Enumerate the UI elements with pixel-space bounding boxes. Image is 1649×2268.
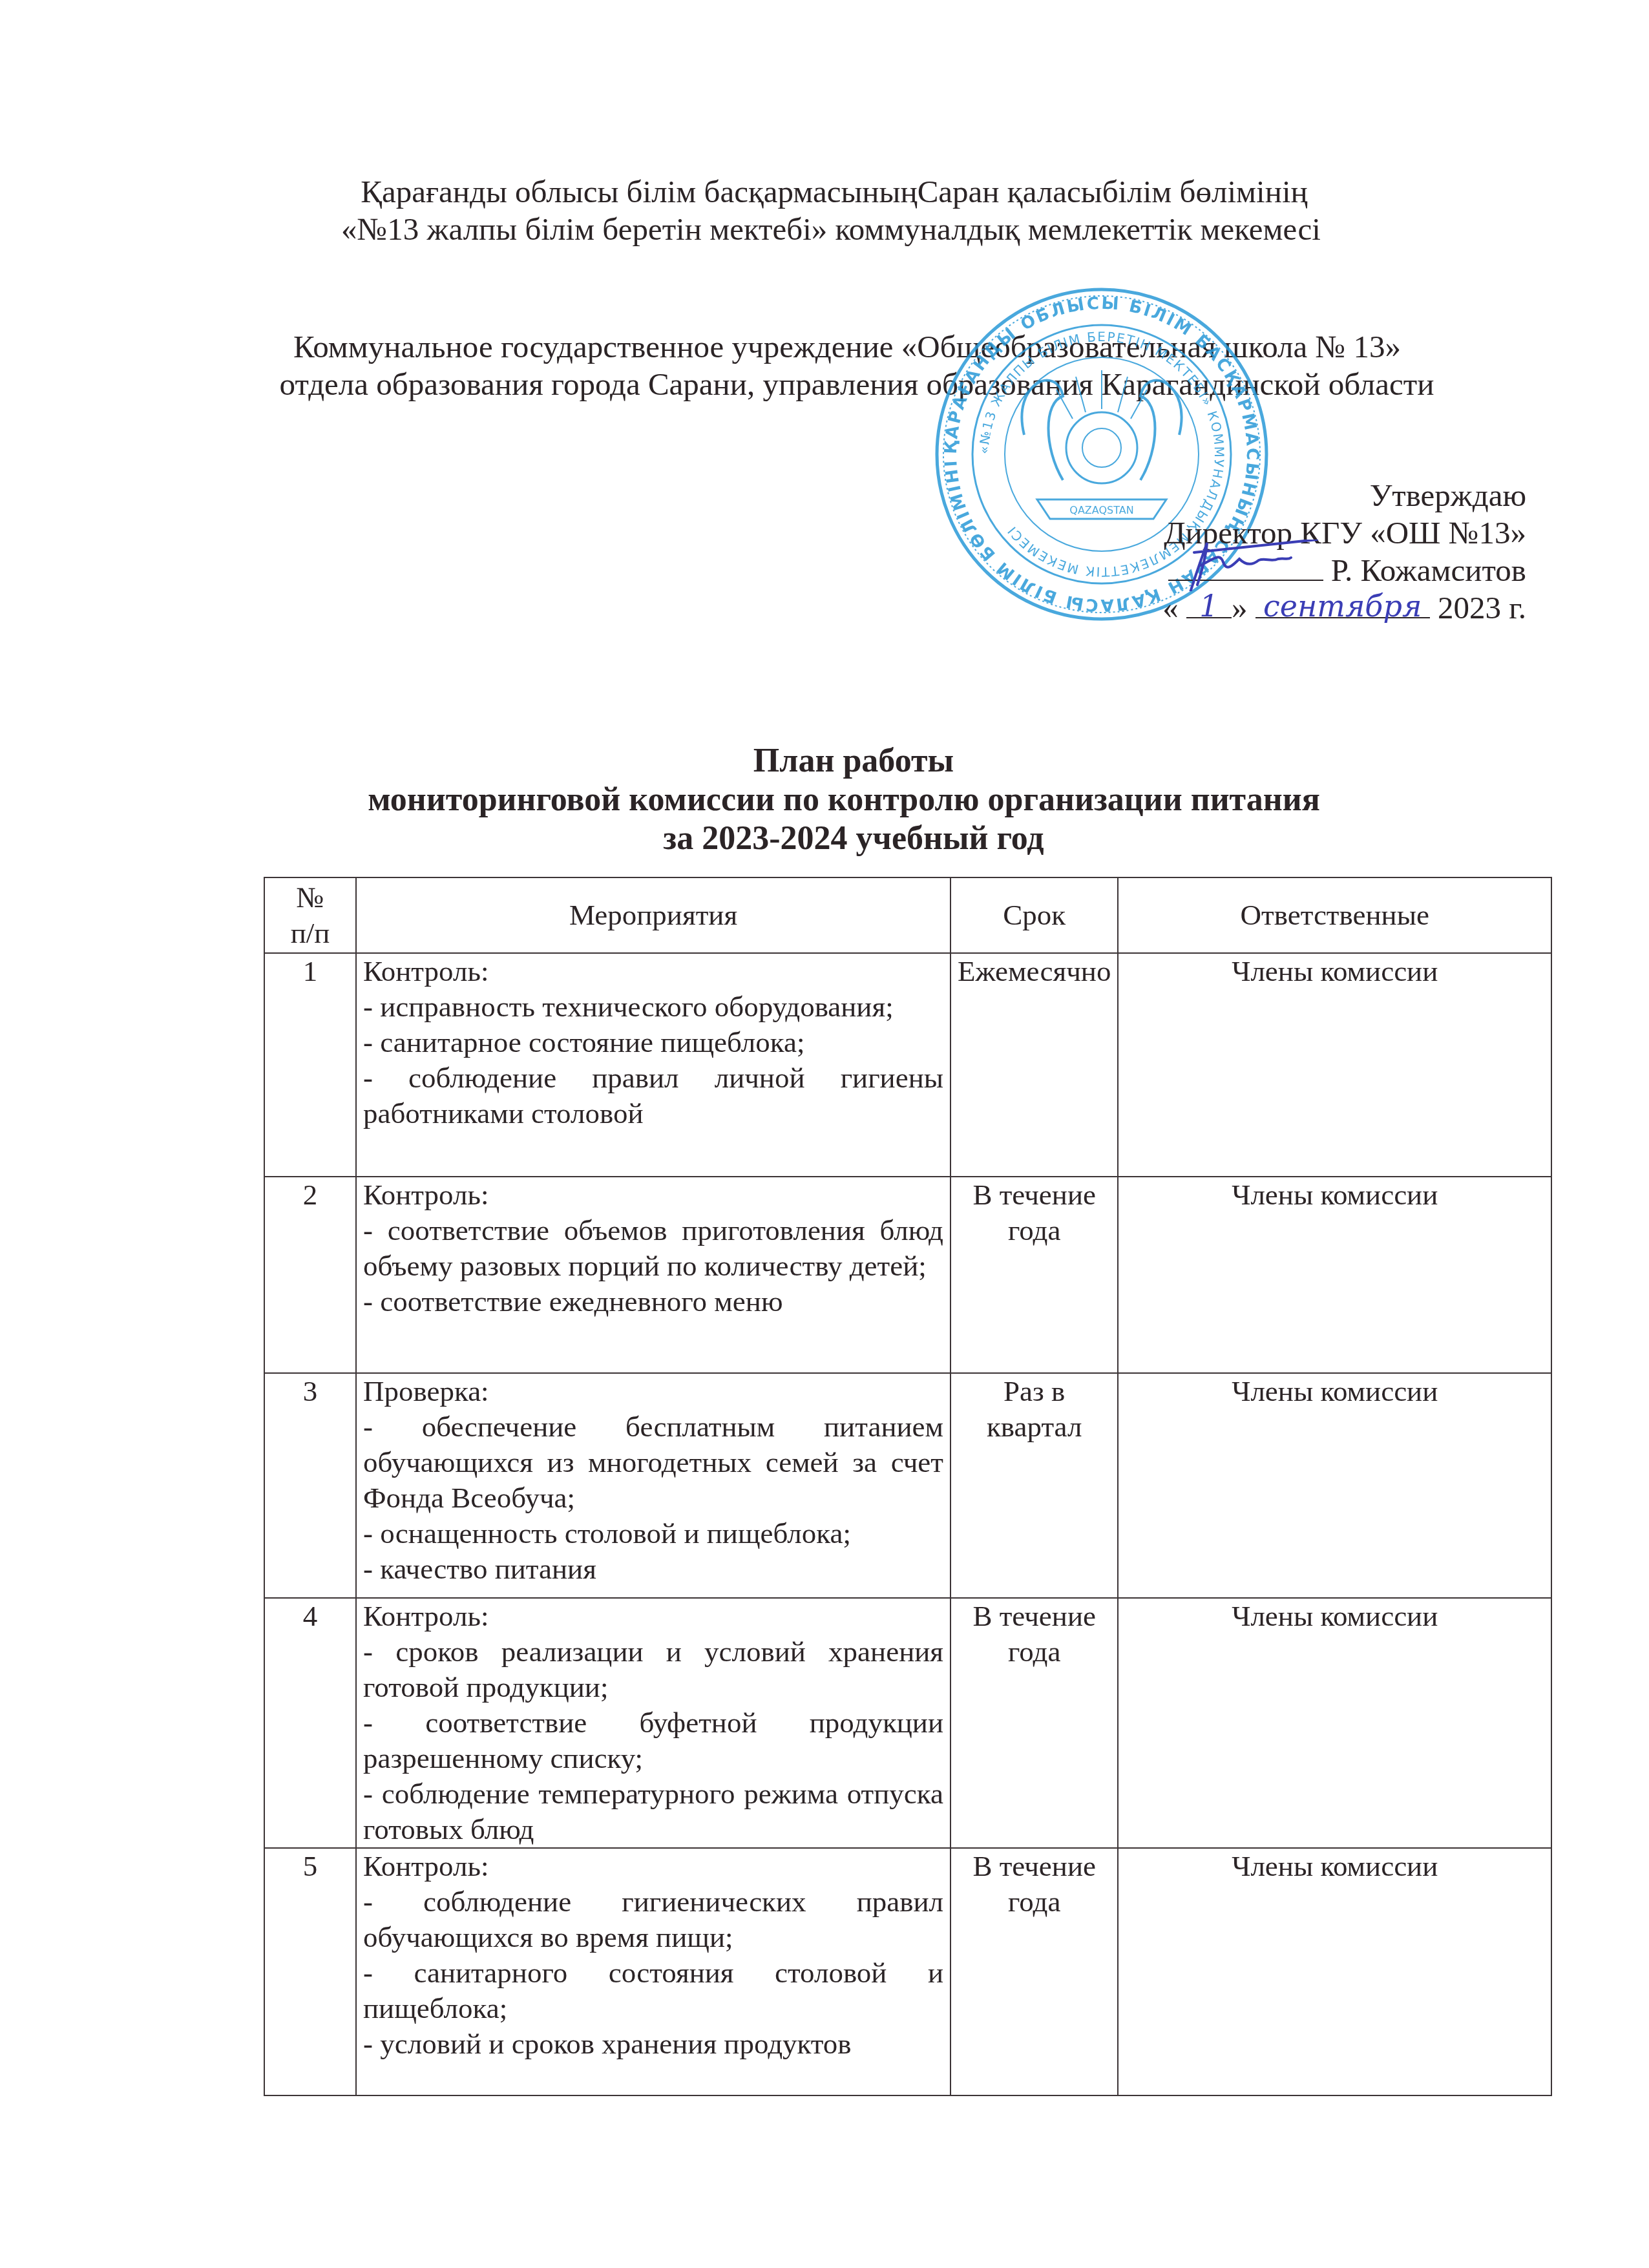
table-row: 5 Контроль:- соблюдение гигиенических пр… [264, 1848, 1551, 2095]
row-term: В течение года [951, 1598, 1118, 1848]
row-activities: Контроль:- исправность технического обор… [356, 953, 951, 1177]
activity-item: - сроков реализации и условий хранения г… [363, 1634, 943, 1705]
header-russian-line-2: отдела образования города Сарани, управл… [0, 366, 1649, 403]
activity-item: - соответствие ежедневного меню [363, 1284, 943, 1319]
activity-item: - санитарное состояние пищеблока; [363, 1025, 943, 1060]
approval-signature-row: Р. Кожамситов [1162, 552, 1526, 589]
row-responsible: Члены комиссии [1118, 1373, 1551, 1598]
title-line-2: мониторинговой комиссии по контролю орга… [0, 781, 1649, 819]
row-number: 3 [264, 1373, 356, 1598]
activity-item: - соответствие объемов приготовления блю… [363, 1213, 943, 1284]
activity-heading: Контроль: [363, 1849, 943, 1884]
table-row: 1 Контроль:- исправность технического об… [264, 953, 1551, 1177]
activity-item: - соответствие буфетной продукции разреш… [363, 1705, 943, 1776]
row-responsible: Члены комиссии [1118, 1598, 1551, 1848]
svg-text:QAZAQSTAN: QAZAQSTAN [1069, 504, 1133, 516]
signature-field [1168, 552, 1323, 581]
header-kazakh-line-1: Қарағанды облысы білім басқармасыныңСара… [0, 173, 1649, 211]
activity-item: - оснащенность столовой и пищеблока; [363, 1516, 943, 1551]
column-header-number: № п/п [264, 877, 356, 953]
row-activities: Контроль:- сроков реализации и условий х… [356, 1598, 951, 1848]
row-responsible: Члены комиссии [1118, 1848, 1551, 2095]
header-russian: Коммунальное государственное учреждение … [0, 328, 1649, 403]
table-row: 2 Контроль:- соответствие объемов пригот… [264, 1177, 1551, 1373]
activity-item: - соблюдение температурного режима отпус… [363, 1776, 943, 1847]
activity-item: - исправность технического оборудования; [363, 989, 943, 1025]
activity-item: - условий и сроков хранения продуктов [363, 2026, 943, 2062]
row-term: В течение года [951, 1177, 1118, 1373]
table-row: 3 Проверка:- обеспечение бесплатным пита… [264, 1373, 1551, 1598]
activity-item: - соблюдение гигиенических правил обучаю… [363, 1884, 943, 1955]
approval-date: « 1» сентября 2023 г. [1162, 589, 1526, 627]
column-header-activities: Мероприятия [356, 877, 951, 953]
date-day-field: 1 [1186, 590, 1232, 618]
date-year: 2023 г. [1438, 590, 1526, 625]
approval-block: Утверждаю Директор КГУ «ОШ №13» Р. Кожам… [1162, 477, 1526, 627]
activity-heading: Контроль: [363, 1599, 943, 1634]
column-header-responsible: Ответственные [1118, 877, 1551, 953]
table-header-row: № п/п Мероприятия Срок Ответственные [264, 877, 1551, 953]
header-russian-line-1: Коммунальное государственное учреждение … [0, 328, 1649, 366]
activity-heading: Контроль: [363, 954, 943, 989]
row-activities: Контроль:- соответствие объемов приготов… [356, 1177, 951, 1373]
plan-table: № п/п Мероприятия Срок Ответственные 1 К… [264, 877, 1552, 2096]
row-number: 5 [264, 1848, 356, 2095]
table-row: 4 Контроль:- сроков реализации и условий… [264, 1598, 1551, 1848]
row-responsible: Члены комиссии [1118, 1177, 1551, 1373]
row-activities: Проверка:- обеспечение бесплатным питани… [356, 1373, 951, 1598]
activity-item: - качество питания [363, 1551, 943, 1587]
document-title: План работы мониторинговой комиссии по к… [0, 742, 1649, 858]
header-kazakh: Қарағанды облысы білім басқармасыныңСара… [0, 173, 1649, 248]
row-number: 2 [264, 1177, 356, 1373]
row-number: 4 [264, 1598, 356, 1848]
row-term: Раз в квартал [951, 1373, 1118, 1598]
row-number: 1 [264, 953, 356, 1177]
activity-item: - обеспечение бесплатным питанием обучаю… [363, 1409, 943, 1516]
row-term: Ежемесячно [951, 953, 1118, 1177]
title-line-1: План работы [0, 742, 1649, 781]
header-kazakh-line-2: «№13 жалпы білім беретін мектебі» коммун… [0, 211, 1649, 248]
title-line-3: за 2023-2024 учебный год [0, 819, 1649, 858]
column-header-term: Срок [951, 877, 1118, 953]
handwritten-signature-icon [1168, 540, 1323, 591]
row-term: В течение года [951, 1848, 1118, 2095]
date-month-field: сентября [1255, 590, 1430, 618]
approval-label: Утверждаю [1162, 477, 1526, 514]
row-activities: Контроль:- соблюдение гигиенических прав… [356, 1848, 951, 2095]
approver-name: Р. Кожамситов [1331, 552, 1526, 588]
row-responsible: Члены комиссии [1118, 953, 1551, 1177]
activity-heading: Контроль: [363, 1177, 943, 1213]
activity-heading: Проверка: [363, 1374, 943, 1409]
activity-item: - соблюдение правил личной гигиены работ… [363, 1060, 943, 1131]
activity-item: - санитарного состояния столовой и пищеб… [363, 1955, 943, 2026]
